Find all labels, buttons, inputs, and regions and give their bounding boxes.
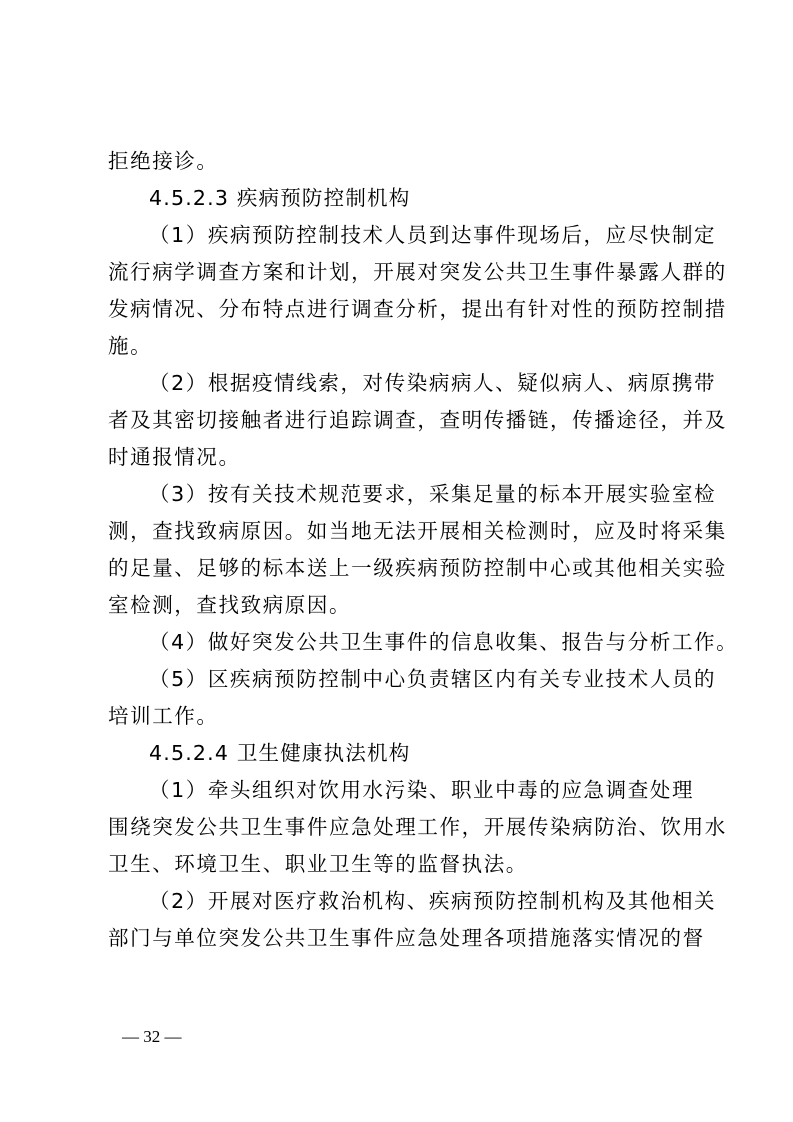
paragraph-7-line-1: （2）开展对医疗救治机构、疾病预防控制机构及其他相关 (108, 883, 698, 920)
paragraph-3-line-4: 室检测，查找致病原因。 (108, 587, 698, 624)
paragraph-1-line-1: （1）疾病预防控制技术人员到达事件现场后，应尽快制定 (108, 217, 698, 254)
paragraph-2-line-2: 者及其密切接触者进行追踪调查，查明传播链，传播途径，并及 (108, 402, 698, 439)
paragraph-2-line-1: （2）根据疫情线索，对传染病病人、疑似病人、病原携带 (108, 365, 698, 402)
paragraph-5-line-1: （5）区疾病预防控制中心负责辖区内有关专业技术人员的 (108, 661, 698, 698)
paragraph-2-line-3: 时通报情况。 (108, 439, 698, 476)
paragraph-6-line-3: 卫生、环境卫生、职业卫生等的监督执法。 (108, 846, 698, 883)
paragraph-1-line-3: 发病情况、分布特点进行调查分析，提出有针对性的预防控制措 (108, 291, 698, 328)
paragraph-5-line-2: 培训工作。 (108, 698, 698, 735)
paragraph-1-line-2: 流行病学调查方案和计划，开展对突发公共卫生事件暴露人群的 (108, 254, 698, 291)
document-page: 拒绝接诊。 4.5.2.3 疾病预防控制机构 （1）疾病预防控制技术人员到达事件… (0, 0, 793, 1122)
paragraph-7-line-2: 部门与单位突发公共卫生事件应急处理各项措施落实情况的督 (108, 920, 698, 957)
paragraph-6-line-2: 围绕突发公共卫生事件应急处理工作，开展传染病防治、饮用水 (108, 809, 698, 846)
paragraph-3-line-2: 测，查找致病原因。如当地无法开展相关检测时，应及时将采集 (108, 513, 698, 550)
paragraph-3-line-3: 的足量、足够的标本送上一级疾病预防控制中心或其他相关实验 (108, 550, 698, 587)
section-heading-4-5-2-4: 4.5.2.4 卫生健康执法机构 (108, 735, 698, 772)
text-line-continuation: 拒绝接诊。 (108, 143, 698, 180)
page-number: — 32 — (122, 1027, 182, 1047)
body-text: 拒绝接诊。 4.5.2.3 疾病预防控制机构 （1）疾病预防控制技术人员到达事件… (108, 143, 698, 957)
paragraph-3-line-1: （3）按有关技术规范要求，采集足量的标本开展实验室检 (108, 476, 698, 513)
paragraph-1-line-4: 施。 (108, 328, 698, 365)
paragraph-6-line-1: （1）牵头组织对饮用水污染、职业中毒的应急调查处理 (108, 772, 698, 809)
section-heading-4-5-2-3: 4.5.2.3 疾病预防控制机构 (108, 180, 698, 217)
paragraph-4-line-1: （4）做好突发公共卫生事件的信息收集、报告与分析工作。 (108, 624, 698, 661)
